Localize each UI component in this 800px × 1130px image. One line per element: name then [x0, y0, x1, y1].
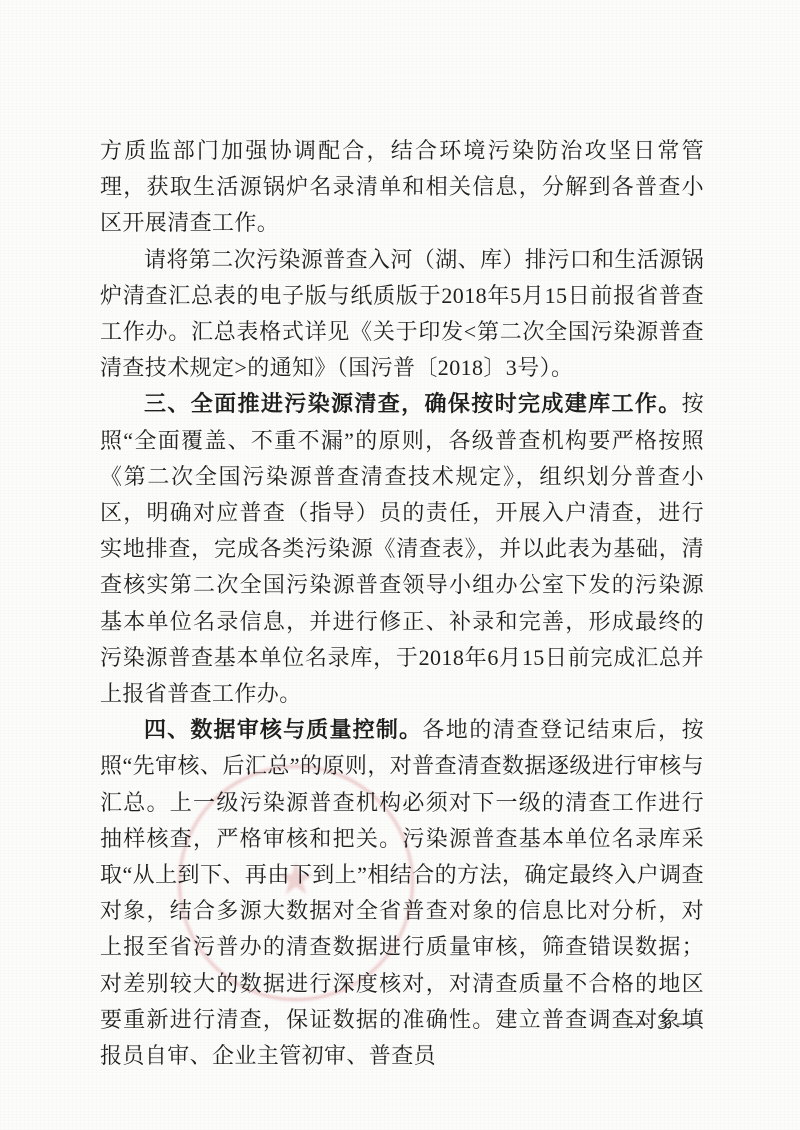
section-heading-3: 三、全面推进污染源清查，确保按时完成建库工作。	[144, 391, 682, 416]
document-page: ★ 方质监部门加强协调配合，结合环境污染防治攻坚日常管理，获取生活源锅炉名录清单…	[0, 0, 800, 1130]
paragraph: 三、全面推进污染源清查，确保按时完成建库工作。按照“全面覆盖、不重不漏”的原则，…	[100, 386, 704, 712]
paragraph: 方质监部门加强协调配合，结合环境污染防治攻坚日常管理，获取生活源锅炉名录清单和相…	[100, 133, 704, 242]
document-body: 方质监部门加强协调配合，结合环境污染防治攻坚日常管理，获取生活源锅炉名录清单和相…	[100, 133, 704, 1074]
paragraph-text: 按照“全面覆盖、不重不漏”的原则，各级普查机构要严格按照《第二次全国污染源普查清…	[100, 391, 704, 706]
page-number: — 3 —	[627, 1010, 700, 1035]
paragraph: 四、数据审核与质量控制。各地的清查登记结束后，按照“先审核、后汇总”的原则，对普…	[100, 712, 704, 1074]
paragraph-text: 请将第二次污染源普查入河（湖、库）排污口和生活源锅炉清查汇总表的电子版与纸质版于…	[100, 247, 704, 381]
paragraph: 请将第二次污染源普查入河（湖、库）排污口和生活源锅炉清查汇总表的电子版与纸质版于…	[100, 242, 704, 387]
paragraph-text: 方质监部门加强协调配合，结合环境污染防治攻坚日常管理，获取生活源锅炉名录清单和相…	[100, 138, 704, 235]
section-heading-4: 四、数据审核与质量控制。	[144, 717, 422, 742]
paragraph-text: 各地的清查登记结束后，按照“先审核、后汇总”的原则，对普查清查数据逐级进行审核与…	[100, 717, 704, 1068]
